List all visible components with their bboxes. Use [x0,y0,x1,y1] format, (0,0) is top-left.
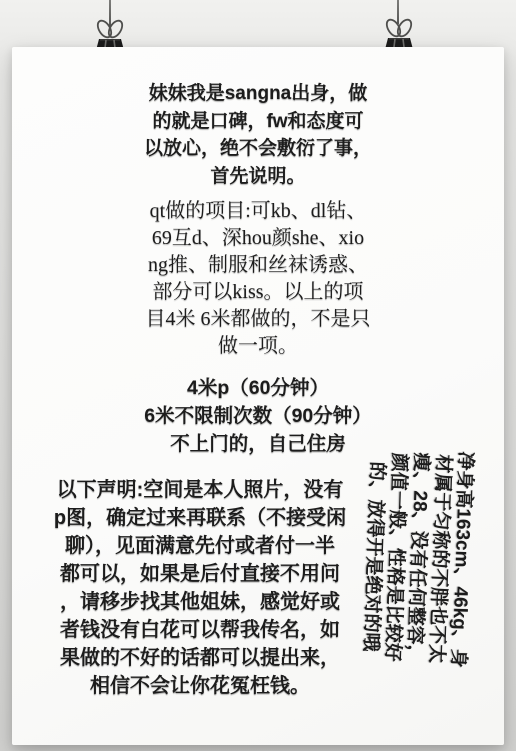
text-line: 果做的不好的话都可以提出来， [12,644,388,672]
intro-paragraph: 妹妹我是sangna出身，做 的就是口碑，fw和态度可 以放心，绝不会敷衍了事，… [12,80,504,190]
text-line: 首先说明。 [12,163,504,191]
text-line: ，请移步找其他姐妹，感觉好或 [12,588,388,616]
poster-paper: 妹妹我是sangna出身，做 的就是口碑，fw和态度可 以放心，绝不会敷衍了事，… [12,47,504,745]
text-line: 聊），见面满意先付或者付一半 [12,532,388,560]
text-line: ng推、制服和丝袜诱惑、 [12,252,504,279]
text-line: 者钱没有白花可以帮我传名，如 [12,616,388,644]
text-line: 以下声明:空间是本人照片，没有 [12,476,388,504]
text-line: 69互d、深hou颜she、xio [12,225,504,252]
text-line: 目4米 6米都做的，不是只 [12,306,504,333]
statement-paragraph: 以下声明:空间是本人照片，没有 p图，确定过来再联系（不接受闲 聊），见面满意先… [12,476,388,700]
profile-vertical-text: 净身高163cm、46kg、身 材属于匀称的不胖也不太 瘦、28、没有任何整容，… [358,431,477,685]
text-line: 部分可以kiss。以上的项 [12,279,504,306]
text-line: 6米不限制次数（90分钟） [12,402,504,430]
services-paragraph: qt做的项目:可kb、dl钻、 69互d、深hou颜she、xio ng推、制服… [12,198,504,360]
text-line: 都可以，如果是后付直接不用问 [12,560,388,588]
text-line: 妹妹我是sangna出身，做 [12,80,504,108]
text-line: qt做的项目:可kb、dl钻、 [12,198,504,225]
text-line: 相信不会让你花冤枉钱。 [12,672,388,700]
text-line: p图，确定过来再联系（不接受闲 [12,504,388,532]
text-line: 做一项。 [12,333,504,360]
text-line: 以放心，绝不会敷衍了事， [12,135,504,163]
text-line: 4米p（60分钟） [12,374,504,402]
text-line: 的就是口碑，fw和态度可 [12,108,504,136]
photo-background: 妹妹我是sangna出身，做 的就是口碑，fw和态度可 以放心，绝不会敷衍了事，… [0,0,516,751]
